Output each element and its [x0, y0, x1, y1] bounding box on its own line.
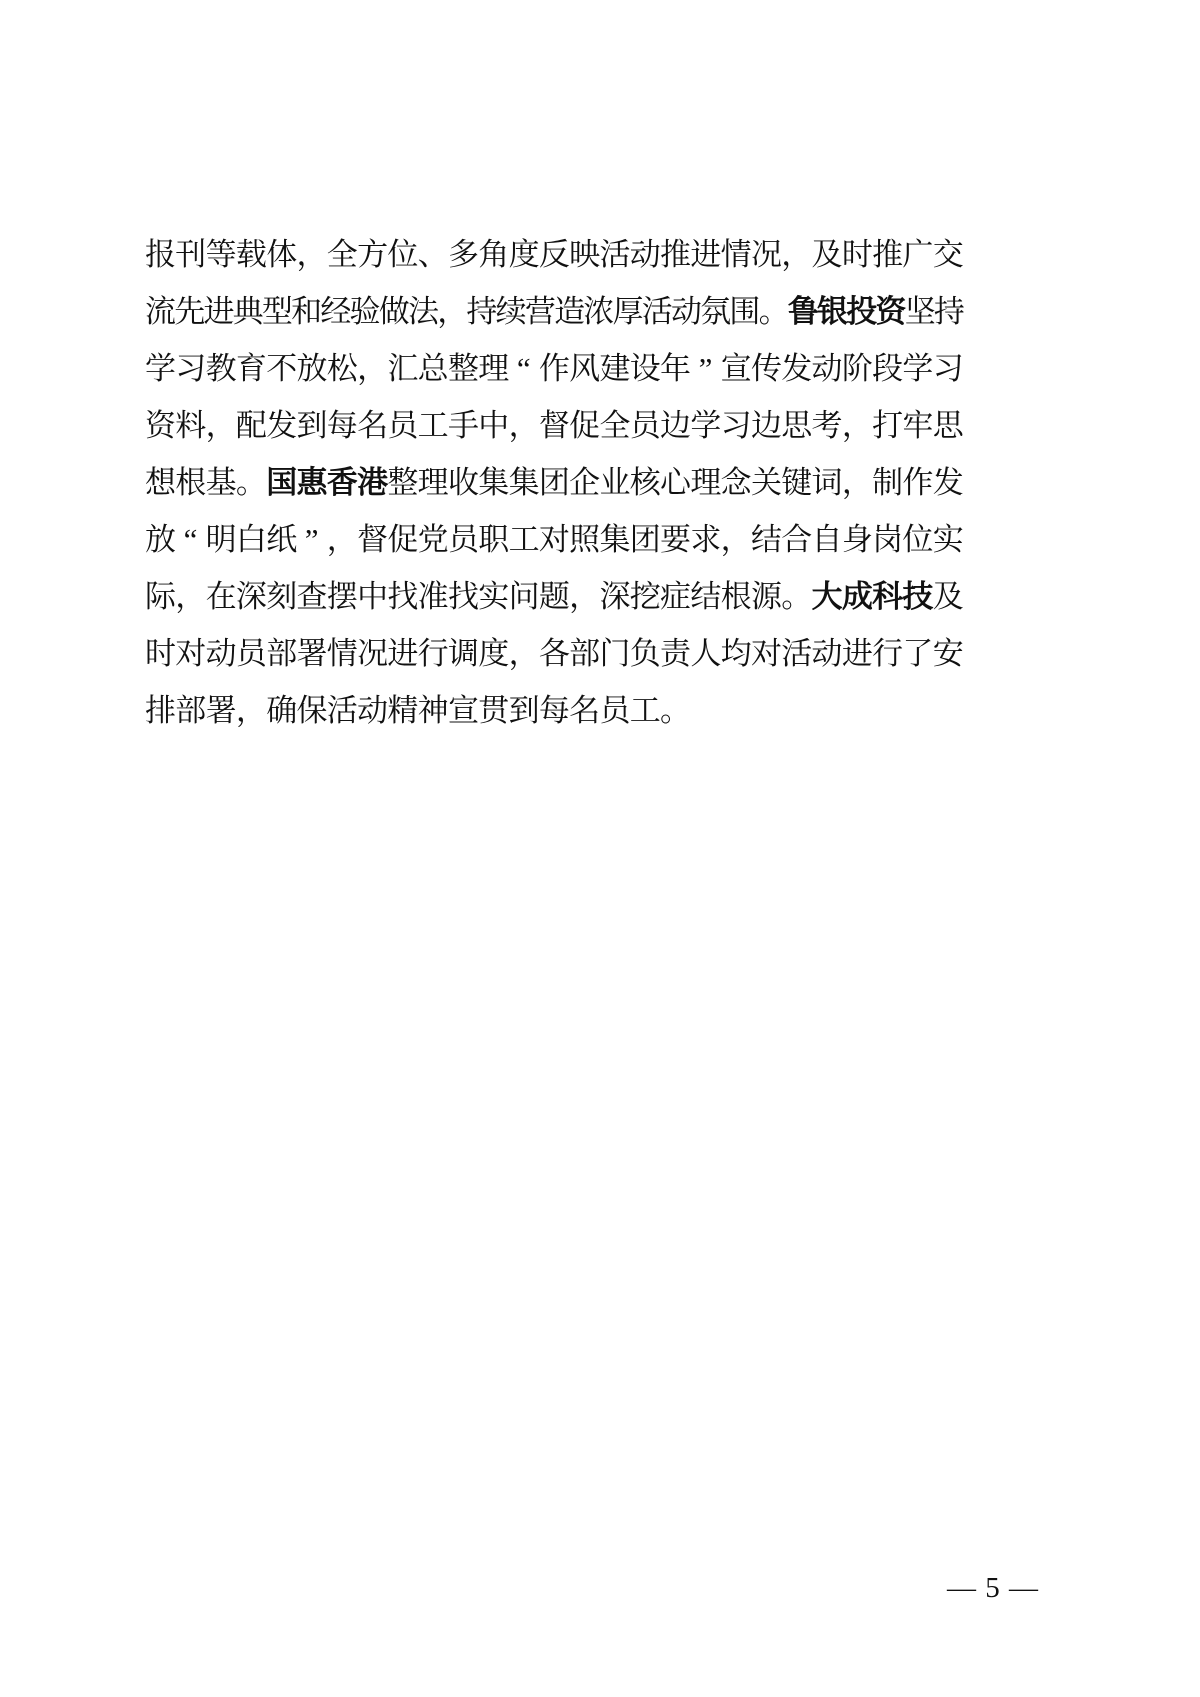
character: 和: [291, 283, 320, 340]
character: 行: [418, 625, 448, 682]
character: 活: [327, 682, 357, 739]
character: 基: [206, 454, 236, 511]
bold-character: 投: [846, 283, 875, 340]
character: 排: [145, 682, 175, 739]
character: 到: [509, 682, 539, 739]
character: 学: [145, 340, 175, 397]
text-line: 资料，配发到每名员工手中，督促全员边学习边思考，打牢思: [145, 397, 963, 454]
character: 查: [296, 568, 326, 625]
character: 活: [642, 283, 671, 340]
character: 打: [872, 397, 902, 454]
character: 明: [206, 511, 236, 568]
character: 纸: [266, 511, 296, 568]
character: 时: [842, 226, 872, 283]
character: 边: [751, 397, 781, 454]
character: 经: [320, 283, 349, 340]
character: 全: [599, 397, 629, 454]
character: 督: [539, 397, 569, 454]
character: 照: [569, 511, 599, 568]
character: 情: [327, 625, 357, 682]
character: 做: [379, 283, 408, 340]
character: 教: [206, 340, 236, 397]
character: ，: [296, 226, 326, 283]
text-line: 排部署，确保活动精神宣贯到每名员工。: [145, 682, 963, 739]
character: 业: [599, 454, 629, 511]
bold-character: 资: [875, 283, 904, 340]
character: 合: [781, 511, 811, 568]
character: 人: [690, 625, 720, 682]
character: 载: [236, 226, 266, 283]
character: 集: [599, 511, 629, 568]
character: 求: [690, 511, 720, 568]
text-line: 际，在深刻查摆中找准找实问题，深挖症结根源。大成科技及: [145, 568, 963, 625]
character: 松: [327, 340, 357, 397]
character: 思: [933, 397, 963, 454]
character: 进: [690, 226, 720, 283]
character: “: [509, 340, 539, 397]
character: 白: [236, 511, 266, 568]
character: 企: [569, 454, 599, 511]
character: 传: [751, 340, 781, 397]
character: 况: [357, 625, 387, 682]
character: ，: [357, 340, 387, 397]
character: 持: [934, 283, 963, 340]
page-number: — 5 —: [938, 1568, 1048, 1608]
character: 中: [357, 568, 387, 625]
character: 团: [539, 454, 569, 511]
character: 习: [933, 340, 963, 397]
character: 员: [387, 397, 417, 454]
character: 署: [206, 682, 236, 739]
text-line: 流先进典型和经验做法，持续营造浓厚活动氛围。鲁银投资坚持: [145, 283, 963, 340]
character: 总: [418, 340, 448, 397]
bold-character: 成: [842, 568, 872, 625]
character: 调: [448, 625, 478, 682]
character: 党: [418, 511, 448, 568]
character: 育: [236, 340, 266, 397]
character: 进: [203, 283, 232, 340]
text-line: 报刊等载体，全方位、多角度反映活动推进情况，及时推广交: [145, 226, 963, 283]
character: 动: [630, 226, 660, 283]
character: 确: [266, 682, 296, 739]
character: 放: [145, 511, 175, 568]
text-line: 学习教育不放松，汇总整理“作风建设年”宣传发动阶段学习: [145, 340, 963, 397]
character: 作: [539, 340, 569, 397]
text-line: 想根基。国惠香港整理收集集团企业核心理念关键词，制作发: [145, 454, 963, 511]
character: 保: [296, 682, 326, 739]
character: 时: [145, 625, 175, 682]
character: 。: [236, 454, 266, 511]
character: 际: [145, 568, 175, 625]
character: 自: [812, 511, 842, 568]
character: 围: [729, 283, 758, 340]
character: 营: [525, 283, 554, 340]
character: 段: [872, 340, 902, 397]
character: 续: [496, 283, 525, 340]
character: 建: [599, 340, 629, 397]
character: 作: [902, 454, 932, 511]
character: 思: [781, 397, 811, 454]
bold-character: 大: [812, 568, 842, 625]
character: 全: [327, 226, 357, 283]
character: 集: [478, 454, 508, 511]
bold-character: 鲁: [788, 283, 817, 340]
character: 名: [357, 397, 387, 454]
character: 边: [660, 397, 690, 454]
character: 到: [296, 397, 326, 454]
character: 每: [327, 397, 357, 454]
character: 行: [872, 625, 902, 682]
character: 推: [660, 226, 690, 283]
character: ，: [175, 568, 205, 625]
character: 宣: [448, 682, 478, 739]
character: 岗: [872, 511, 902, 568]
character: 动: [812, 625, 842, 682]
character: 署: [296, 625, 326, 682]
bold-character: 香: [327, 454, 357, 511]
character: 准: [418, 568, 448, 625]
character: 刻: [266, 568, 296, 625]
character: ，: [842, 454, 872, 511]
character: 整: [448, 340, 478, 397]
character: 映: [569, 226, 599, 283]
character: 配: [236, 397, 266, 454]
character: ，: [781, 226, 811, 283]
character: 活: [599, 226, 629, 283]
character: 进: [842, 625, 872, 682]
bold-character: 惠: [296, 454, 326, 511]
character: 负: [630, 625, 660, 682]
character: 流: [145, 283, 174, 340]
character: 。: [660, 682, 690, 739]
character: 动: [206, 625, 236, 682]
character: 摆: [327, 568, 357, 625]
character: ，: [437, 283, 466, 340]
character: ”: [296, 511, 326, 568]
character: 情: [721, 226, 751, 283]
character: 员: [630, 397, 660, 454]
character: 及: [812, 226, 842, 283]
character: 部: [569, 625, 599, 682]
character: ，: [236, 682, 266, 739]
character: 不: [266, 340, 296, 397]
character: 对: [539, 511, 569, 568]
character: 典: [233, 283, 262, 340]
character: 身: [842, 511, 872, 568]
character: 宣: [721, 340, 751, 397]
character: 放: [296, 340, 326, 397]
character: 汇: [387, 340, 417, 397]
character: 理: [418, 454, 448, 511]
character: 中: [478, 397, 508, 454]
character: 职: [478, 511, 508, 568]
character: 进: [387, 625, 417, 682]
character: ”: [690, 340, 720, 397]
character: 习: [175, 340, 205, 397]
character: ，: [842, 397, 872, 454]
character: 部: [266, 625, 296, 682]
character: 关: [751, 454, 781, 511]
character: 键: [781, 454, 811, 511]
character: 料: [175, 397, 205, 454]
character: 推: [872, 226, 902, 283]
character: 资: [145, 397, 175, 454]
character: 工: [630, 682, 660, 739]
character: 督: [357, 511, 387, 568]
character: 持: [466, 283, 495, 340]
character: 氛: [700, 283, 729, 340]
character: 厚: [613, 283, 642, 340]
character: 、: [418, 226, 448, 283]
character: 位: [387, 226, 417, 283]
character: 收: [448, 454, 478, 511]
character: 整: [387, 454, 417, 511]
character: 学: [690, 397, 720, 454]
character: 找: [387, 568, 417, 625]
bold-character: 国: [266, 454, 296, 511]
character: 法: [408, 283, 437, 340]
character: 况: [751, 226, 781, 283]
character: 体: [266, 226, 296, 283]
character: 词: [812, 454, 842, 511]
character: 结: [751, 511, 781, 568]
character: 习: [721, 397, 751, 454]
character: 题: [539, 568, 569, 625]
character: 实: [478, 568, 508, 625]
character: 报: [145, 226, 175, 283]
character: 制: [872, 454, 902, 511]
character: 促: [569, 397, 599, 454]
character: 。: [759, 283, 788, 340]
character: 对: [751, 625, 781, 682]
character: 症: [660, 568, 690, 625]
character: 阶: [842, 340, 872, 397]
character: 念: [721, 454, 751, 511]
character: 设: [630, 340, 660, 397]
character: 手: [448, 397, 478, 454]
character: 角: [478, 226, 508, 283]
bold-character: 港: [357, 454, 387, 511]
character: 对: [175, 625, 205, 682]
character: 安: [933, 625, 963, 682]
character: 核: [630, 454, 660, 511]
character: 精: [387, 682, 417, 739]
character: 等: [206, 226, 236, 283]
character: “: [175, 511, 205, 568]
character: 造: [554, 283, 583, 340]
character: 型: [262, 283, 291, 340]
bold-character: 技: [902, 568, 932, 625]
text-line: 时对动员部署情况进行调度，各部门负责人均对活动进行了安: [145, 625, 963, 682]
character: 员: [448, 511, 478, 568]
character: 坚: [905, 283, 934, 340]
character: 门: [599, 625, 629, 682]
character: 每: [539, 682, 569, 739]
character: 结: [690, 568, 720, 625]
bold-character: 银: [817, 283, 846, 340]
character: 风: [569, 340, 599, 397]
character: 根: [721, 568, 751, 625]
character: 理: [478, 340, 508, 397]
character: 想: [145, 454, 175, 511]
character: 根: [175, 454, 205, 511]
character: 源: [751, 568, 781, 625]
character: 神: [418, 682, 448, 739]
character: 了: [902, 625, 932, 682]
character: 深: [599, 568, 629, 625]
character: ，: [509, 397, 539, 454]
character: 责: [660, 625, 690, 682]
character: 实: [933, 511, 963, 568]
character: 方: [357, 226, 387, 283]
text-line: 放“明白纸”，督促党员职工对照集团要求，结合自身岗位实: [145, 511, 963, 568]
character: 团: [630, 511, 660, 568]
character: 学: [902, 340, 932, 397]
character: 。: [781, 568, 811, 625]
character: 集: [509, 454, 539, 511]
character: ，: [327, 511, 357, 568]
character: 工: [418, 397, 448, 454]
character: 动: [357, 682, 387, 739]
character: 工: [509, 511, 539, 568]
character: 发: [266, 397, 296, 454]
character: 心: [660, 454, 690, 511]
character: 浓: [583, 283, 612, 340]
character: 找: [448, 568, 478, 625]
character: ，: [569, 568, 599, 625]
character: 牢: [902, 397, 932, 454]
character: 贯: [478, 682, 508, 739]
character: 在: [206, 568, 236, 625]
character: 度: [509, 226, 539, 283]
character: 部: [175, 682, 205, 739]
character: 促: [387, 511, 417, 568]
character: 考: [812, 397, 842, 454]
character: 多: [448, 226, 478, 283]
character: 问: [509, 568, 539, 625]
character: 活: [781, 625, 811, 682]
character: 刊: [175, 226, 205, 283]
character: 年: [660, 340, 690, 397]
character: 度: [478, 625, 508, 682]
character: 均: [721, 625, 751, 682]
character: 各: [539, 625, 569, 682]
character: 及: [933, 568, 963, 625]
character: 反: [539, 226, 569, 283]
document-page: 报刊等载体，全方位、多角度反映活动推进情况，及时推广交流先进典型和经验做法，持续…: [0, 0, 1200, 1697]
character: 理: [690, 454, 720, 511]
character: 员: [236, 625, 266, 682]
character: 动: [812, 340, 842, 397]
character: 位: [902, 511, 932, 568]
character: ，: [721, 511, 751, 568]
character: 名: [569, 682, 599, 739]
character: 先: [174, 283, 203, 340]
character: 动: [671, 283, 700, 340]
character: 广: [902, 226, 932, 283]
character: 发: [781, 340, 811, 397]
body-text: 报刊等载体，全方位、多角度反映活动推进情况，及时推广交流先进典型和经验做法，持续…: [145, 226, 963, 739]
character: 挖: [630, 568, 660, 625]
character: ，: [509, 625, 539, 682]
character: 发: [933, 454, 963, 511]
character: 验: [350, 283, 379, 340]
character: 深: [236, 568, 266, 625]
character: 员: [599, 682, 629, 739]
character: ，: [206, 397, 236, 454]
character: 交: [933, 226, 963, 283]
character: 要: [660, 511, 690, 568]
bold-character: 科: [872, 568, 902, 625]
